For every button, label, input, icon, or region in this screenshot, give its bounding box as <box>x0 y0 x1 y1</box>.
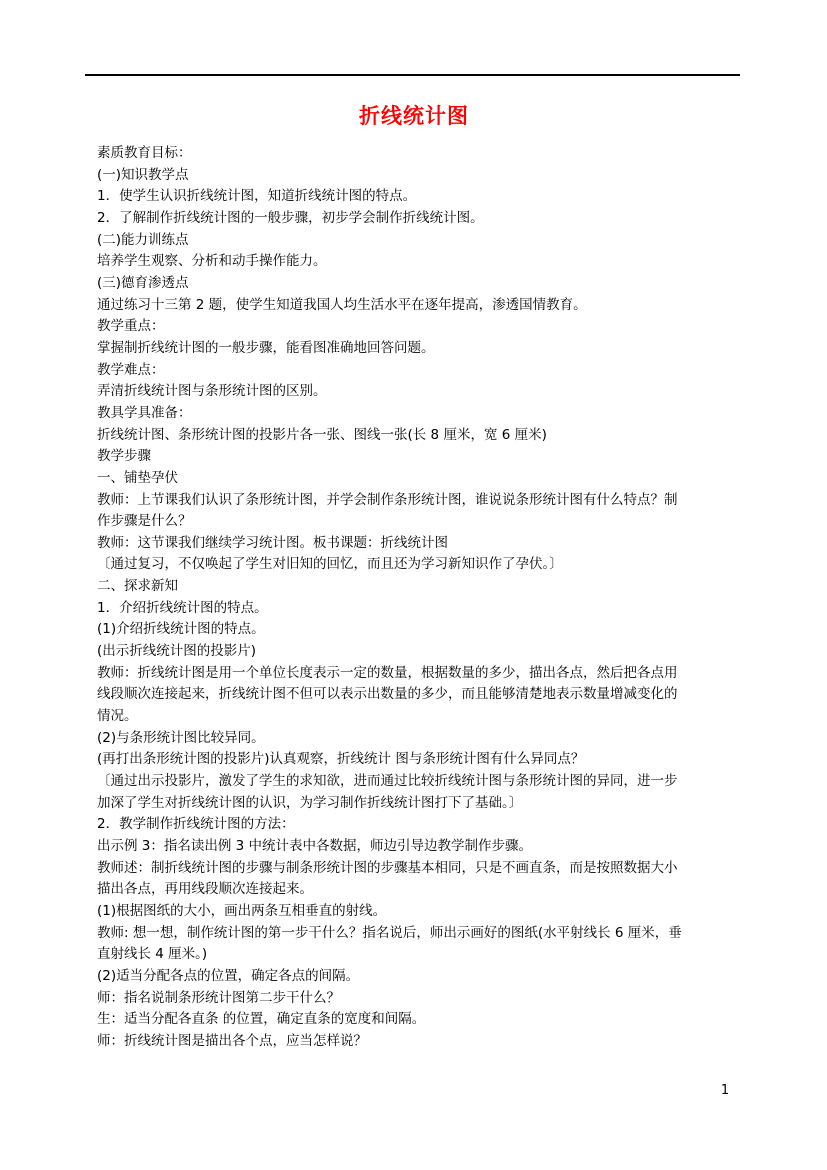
text-line: (一)知识教学点 <box>97 165 737 187</box>
text-line: (1)介绍折线统计图的特点。 <box>97 619 737 641</box>
text-line: 教师: 想一想，制作统计图的第一步干什么？指名说后，师出示画好的图纸(水平射线长… <box>97 923 737 945</box>
text-line: (再打出条形统计图的投影片)认真观察，折线统计 图与条形统计图有什么异同点？ <box>97 749 737 771</box>
text-line: 师：折线统计图是描出各个点，应当怎样说？ <box>97 1031 737 1053</box>
page-number: 1 <box>715 1083 735 1099</box>
text-line: 素质教育目标： <box>97 143 737 165</box>
document-body: 素质教育目标：(一)知识教学点1．使学生认识折线统计图，知道折线统计图的特点。2… <box>97 143 737 1053</box>
text-line: 出示例 3：指名读出例 3 中统计表中各数据，师边引导边教学制作步骤。 <box>97 836 737 858</box>
text-line: 〔通过出示投影片，激发了学生的求知欲，进而通过比较折线统计图与条形统计图的异同，… <box>97 771 737 793</box>
text-line: (二)能力训练点 <box>97 230 737 252</box>
text-line: 2．了解制作折线统计图的一般步骤，初步学会制作折线统计图。 <box>97 208 737 230</box>
text-line: 〔通过复习，不仅唤起了学生对旧知的回忆，而且还为学习新知识作了孕伏。〕 <box>97 554 737 576</box>
text-line: 教学重点： <box>97 316 737 338</box>
text-line: 教师：折线统计图是用一个单位长度表示一定的数量，根据数量的多少，描出各点，然后把… <box>97 663 737 685</box>
text-line: 教师：这节课我们继续学习统计图。板书课题：折线统计图 <box>97 533 737 555</box>
text-line: 折线统计图、条形统计图的投影片各一张、图线一张(长 8 厘米，宽 6 厘米) <box>97 425 737 447</box>
text-line: 教学步骤 <box>97 446 737 468</box>
text-line: 1．介绍折线统计图的特点。 <box>97 598 737 620</box>
text-line: 二、探求新知 <box>97 576 737 598</box>
text-line: 教师述：制折线统计图的步骤与制条形统计图的步骤基本相同，只是不画直条，而是按照数… <box>97 858 737 880</box>
text-line: (三)德育渗透点 <box>97 273 737 295</box>
text-line: (出示折线统计图的投影片) <box>97 641 737 663</box>
text-line: 教师：上节课我们认识了条形统计图，并学会制作条形统计图，谁说说条形统计图有什么特… <box>97 490 737 512</box>
text-line: 一、铺垫孕伏 <box>97 468 737 490</box>
text-line: 师：指名说制条形统计图第二步干什么？ <box>97 988 737 1010</box>
document-page: 折线统计图 素质教育目标：(一)知识教学点1．使学生认识折线统计图，知道折线统计… <box>0 0 827 1170</box>
text-line: 教具学具准备： <box>97 403 737 425</box>
document-title: 折线统计图 <box>97 100 731 130</box>
text-line: (2)与条形统计图比较异同。 <box>97 728 737 750</box>
text-line: 作步骤是什么？ <box>97 511 737 533</box>
text-line: 加深了学生对折线统计图的认识，为学习制作折线统计图打下了基础。〕 <box>97 793 737 815</box>
text-line: 教学难点： <box>97 360 737 382</box>
text-line: 线段顺次连接起来，折线统计图不但可以表示出数量的多少，而且能够清楚地表示数量增减… <box>97 684 737 706</box>
text-line: 1．使学生认识折线统计图，知道折线统计图的特点。 <box>97 186 737 208</box>
text-line: 掌握制折线统计图的一般步骤，能看图准确地回答问题。 <box>97 338 737 360</box>
header-rule <box>85 74 740 76</box>
text-line: 2．教学制作折线统计图的方法： <box>97 814 737 836</box>
text-line: 通过练习十三第 2 题，使学生知道我国人均生活水平在逐年提高，渗透国情教育。 <box>97 295 737 317</box>
text-line: 培养学生观察、分析和动手操作能力。 <box>97 251 737 273</box>
text-line: 情况。 <box>97 706 737 728</box>
text-line: 直射线长 4 厘米。) <box>97 944 737 966</box>
text-line: 弄清折线统计图与条形统计图的区别。 <box>97 381 737 403</box>
text-line: 生：适当分配各直条 的位置，确定直条的宽度和间隔。 <box>97 1009 737 1031</box>
text-line: 描出各点，再用线段顺次连接起来。 <box>97 879 737 901</box>
text-line: (2)适当分配各点的位置，确定各点的间隔。 <box>97 966 737 988</box>
text-line: (1)根据图纸的大小，画出两条互相垂直的射线。 <box>97 901 737 923</box>
